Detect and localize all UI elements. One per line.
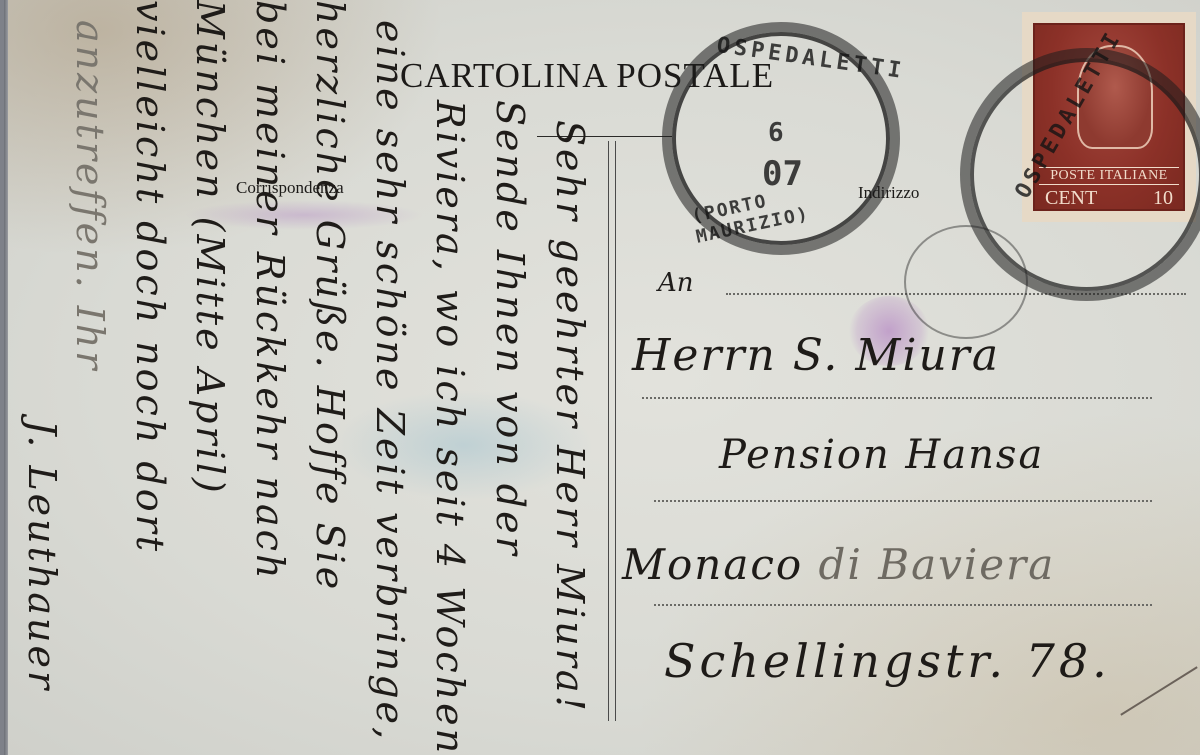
postcard: CARTOLINA POSTALE Corrispondenza Indiriz…	[4, 0, 1200, 755]
address-dotted-line	[654, 500, 1152, 502]
message-line: Riviera, wo ich seit 4 Wochen	[428, 100, 472, 755]
message-line: München (Mitte April)	[188, 0, 232, 496]
postmark: OSPEDALETTI 6 07 (PORTO MAURIZIO)	[672, 32, 890, 245]
scan-edge	[4, 0, 8, 755]
message-line: eine sehr schöne Zeit verbringe,	[368, 20, 412, 742]
message-line: bei meiner Rückkehr nach	[248, 0, 292, 581]
postmark-day: 6	[768, 118, 784, 148]
center-divider	[615, 141, 616, 721]
address-dotted-line	[654, 604, 1152, 606]
postmark-town: OSPEDALETTI	[715, 33, 906, 84]
center-divider	[608, 141, 609, 721]
address-city-main: Monaco	[622, 540, 819, 589]
address-pension: Pension Hansa	[719, 432, 1044, 478]
message-line: anzutreffen. Ihr	[68, 20, 112, 372]
message-line: J. Leuthauer	[20, 420, 64, 692]
message-line: vielleicht doch noch dort	[128, 0, 172, 554]
postmark-stamp-cancel: OSPEDALETTI	[970, 58, 1200, 291]
address-city: Monaco di Baviera	[622, 540, 1055, 589]
address-street: Schellingstr. 78.	[664, 634, 1111, 688]
paper-crease	[1120, 666, 1197, 715]
message-line: Sehr geehrter Herr Miura!	[548, 120, 592, 714]
address-recipient: Herrn S. Miura	[632, 330, 1000, 381]
message-line: Sende Ihnen von der	[488, 100, 532, 558]
recipient-prefix: An	[658, 268, 694, 298]
address-dotted-line	[642, 397, 1152, 399]
message-line: herzliche Grüße. Hoffe Sie	[308, 0, 352, 592]
address-city-faint: di Baviera	[819, 540, 1056, 589]
